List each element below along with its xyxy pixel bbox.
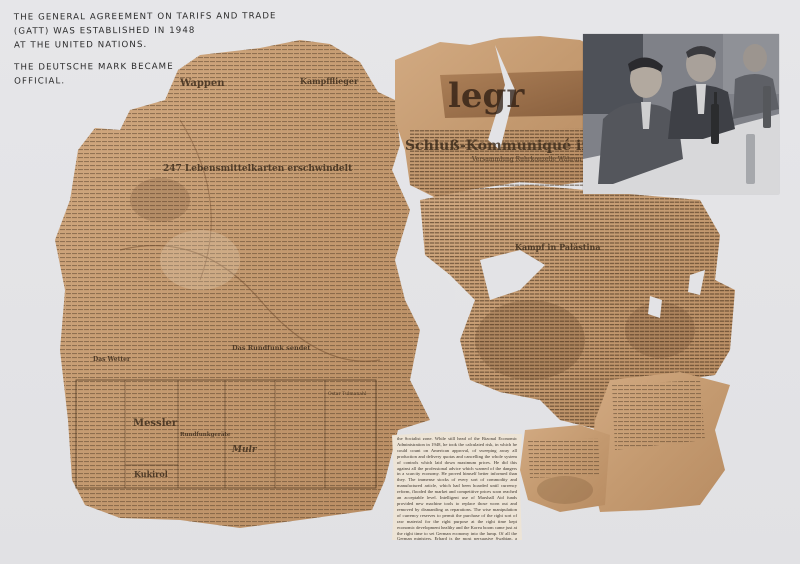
masthead-text: legr [448, 76, 524, 116]
artwork-canvas: THE GENERAL AGREEMENT ON TARIFS AND TRAD… [0, 0, 800, 564]
headline-palaestina: Kampf in Palästina [515, 242, 601, 252]
headline-wetter: Das Wetter [93, 356, 130, 363]
headline-wappen: Wappen [180, 78, 224, 89]
clipping-text: the Socialist zone. While still head of … [397, 436, 517, 540]
ad-mulr: Mulr [232, 445, 257, 455]
ad-ostar: Ostar Tulmanahl [328, 392, 366, 397]
headline-kampfflieger: Kampfflieger [300, 76, 358, 86]
headline-rundfunk: Das Rundfunk sendet [232, 344, 310, 352]
ad-messler: Messler [133, 418, 177, 429]
typed-clipping: the Socialist zone. While still head of … [392, 432, 522, 540]
headline-sub: Versammlung Ruhrkonzelle Währun [472, 156, 582, 163]
ad-kukirol: Kukirol [134, 469, 168, 479]
headline-lebensmittel: 247 Lebensmittelkarten erschwindelt [163, 164, 352, 174]
historical-photo: Black and white photograph of three men … [583, 34, 779, 194]
ad-rundfunk: Rundfunkgeräte [180, 432, 230, 438]
